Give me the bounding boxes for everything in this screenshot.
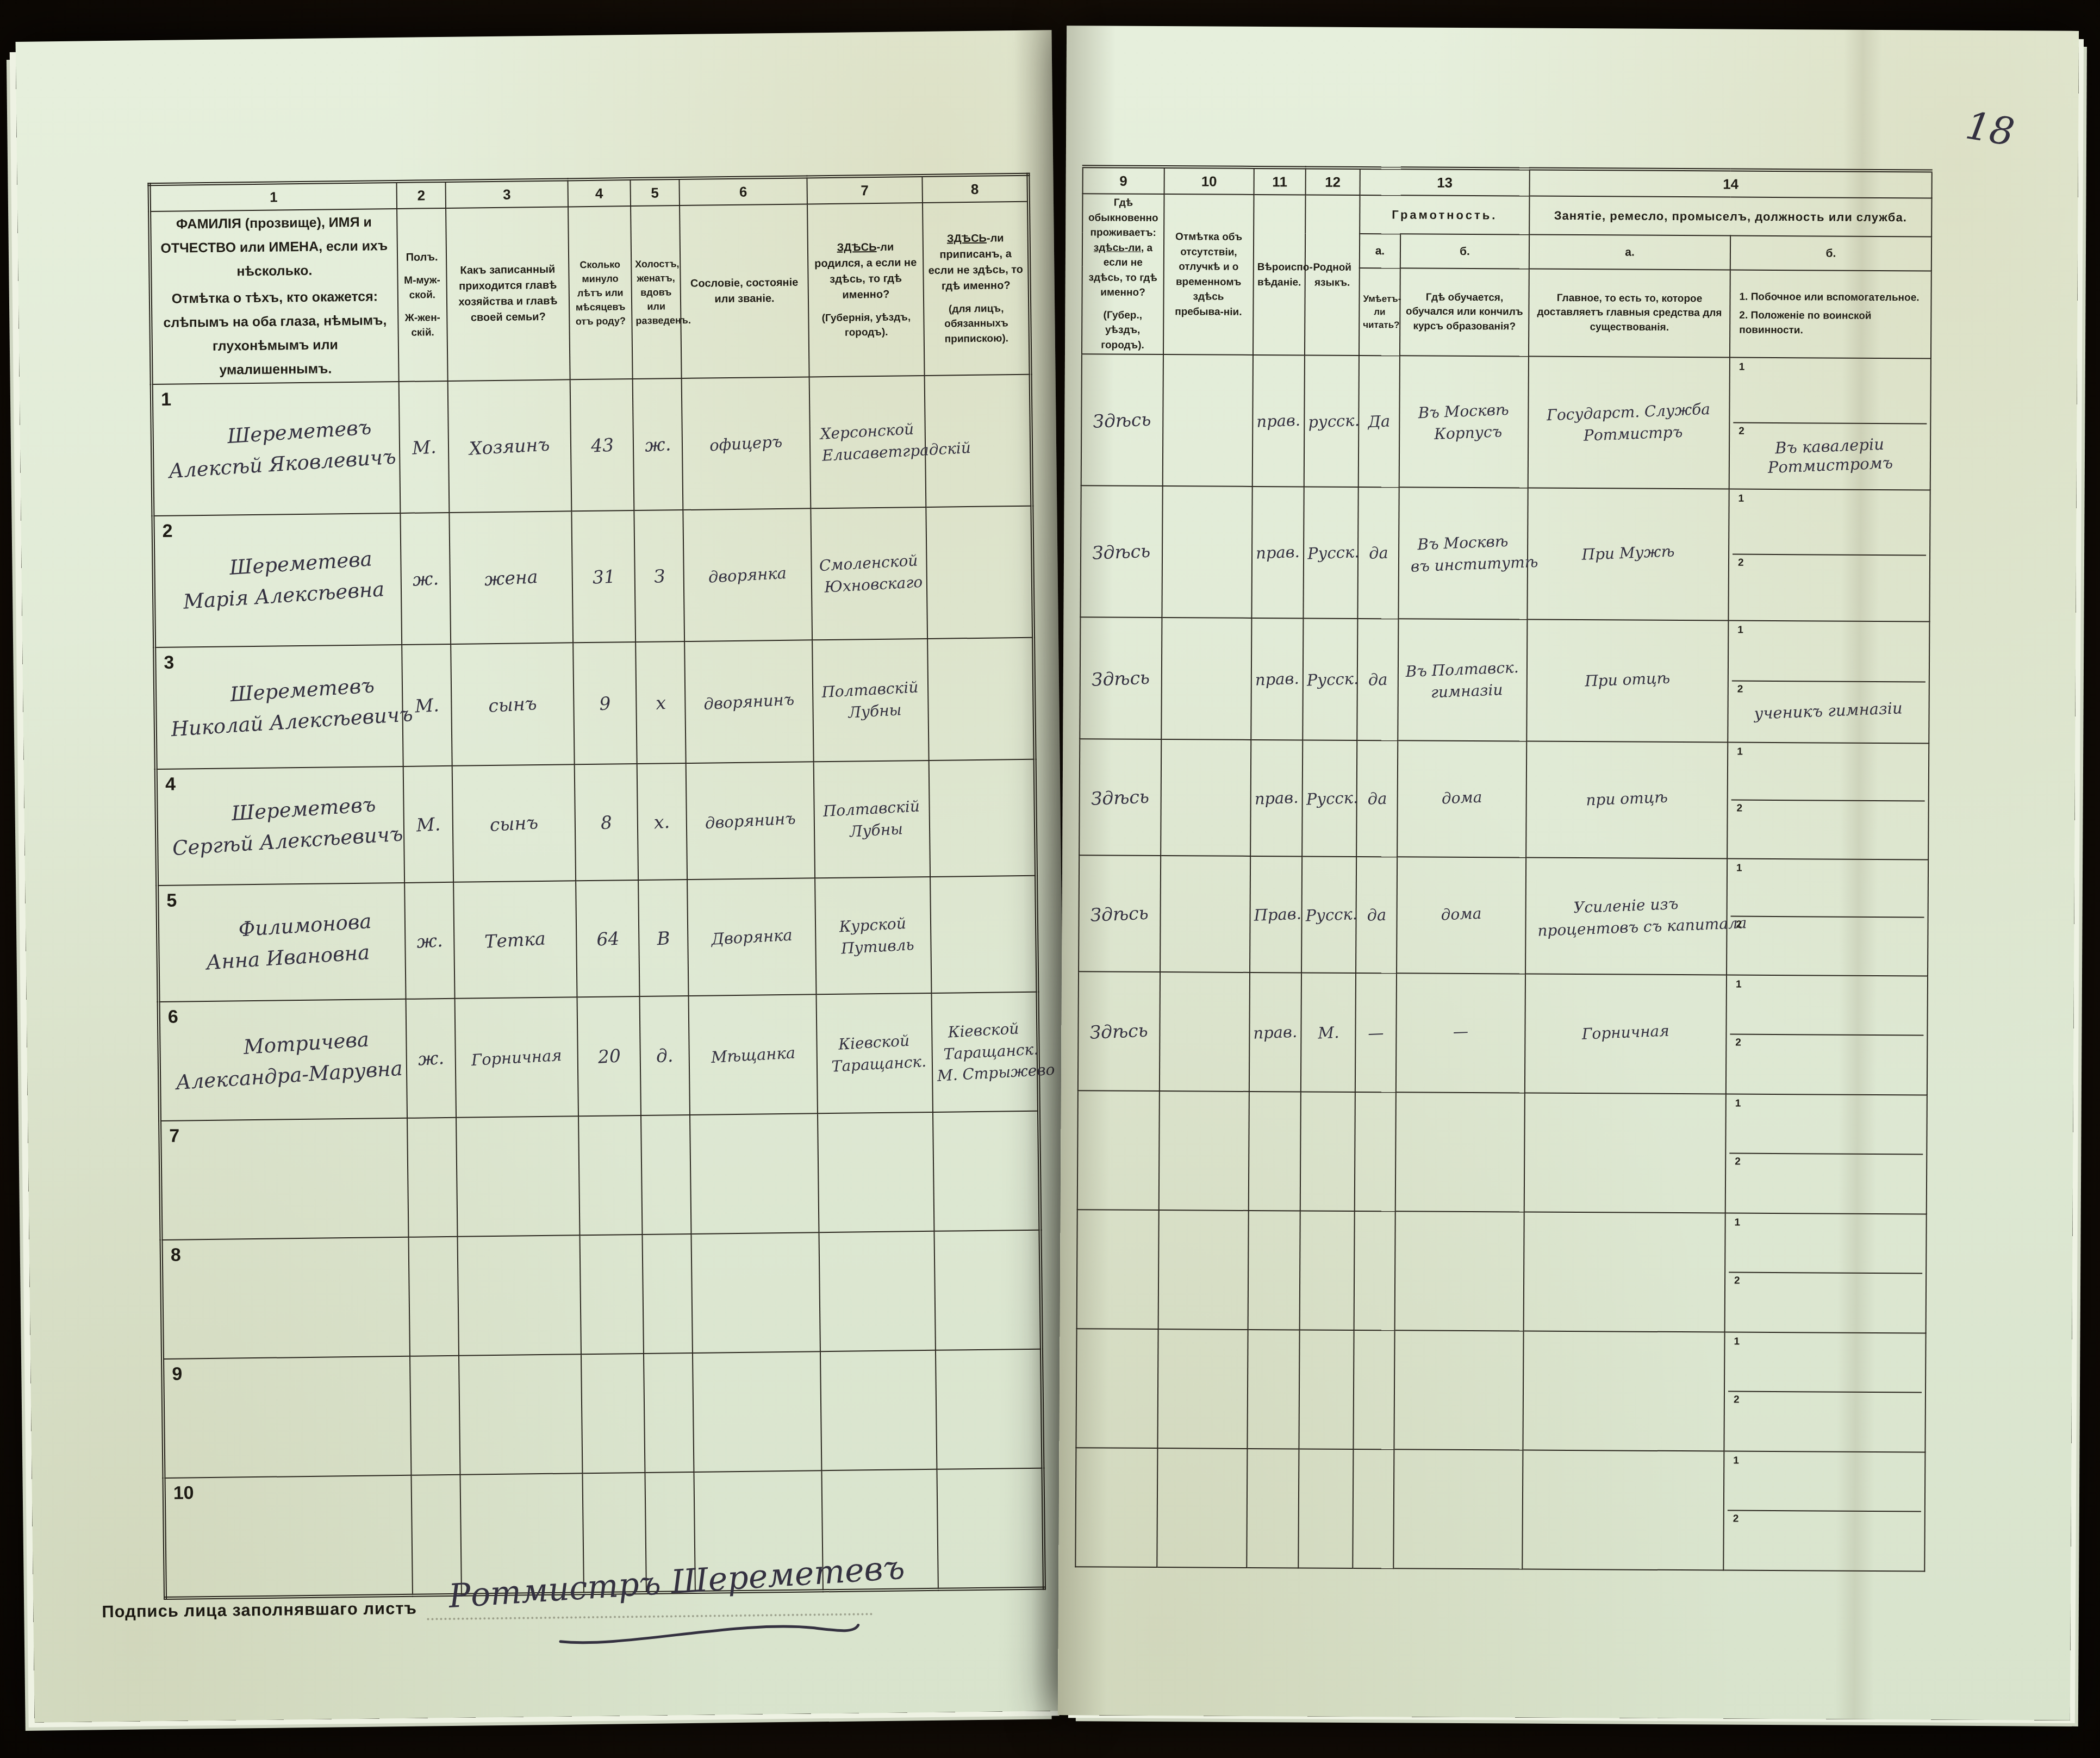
subcell-2-num: 2 [1737,684,1743,696]
cell-age [579,1235,643,1354]
cell-relation: сынъ [451,643,575,766]
col-11-header: Вѣроиспо-вѣданіе. [1253,195,1306,356]
cell-occupation-secondary: 1 2 [1727,859,1928,976]
cell-literacy-b: Въ МосквѣКорпусъ [1399,356,1529,488]
subcell-2-num: 2 [1738,557,1744,569]
col-12-header: Родной языкъ. [1305,195,1360,356]
row-number: 9 [172,1364,182,1385]
cell-faith [1249,1092,1301,1211]
cell-marital [642,1234,692,1354]
col-1-header-line2: Отмѣтка о тѣхъ, кто окажется: слѣпымъ на… [155,285,395,383]
subcell-2: 2 [1730,917,1924,975]
col-5-num: 5 [630,178,680,206]
cell-relation: Тетка [453,881,577,999]
cell-name: 8 [161,1237,410,1359]
col-13b-label: б. [1400,234,1529,269]
cell-literacy-b [1395,1093,1525,1212]
col-12-num: 12 [1306,167,1360,195]
cell-faith: Прав. [1250,856,1302,972]
cell-literacy-a [1353,1449,1394,1568]
cell-occupation-secondary: 1 2 [1725,1213,1927,1333]
cell-occupation-main [1522,1450,1724,1570]
table-row: 1 ШереметевъАлексѣй Яковлевичъ М. Хозяин… [152,375,1032,516]
col-7-num: 7 [807,176,923,204]
cell-faith [1247,1330,1299,1449]
subcell-2: 2 [1727,1511,1921,1570]
subcell-2: 2 [1728,1392,1922,1451]
col-13-num: 13 [1360,168,1530,196]
cell-estate: офицеръ [682,377,811,510]
subcell-1: 1 [1728,1453,1922,1512]
subcell-2-num: 2 [1735,1037,1741,1049]
col-8-note: (для лицъ, обязанныхъ припискою). [927,301,1025,347]
cell-relation: жена [449,512,573,645]
col-14-num: 14 [1530,169,1932,198]
signature-line: Ротмистръ Шереметевъ [426,1575,873,1620]
cell-age: 31 [571,510,635,643]
col-2-header: Полъ. М-муж-ской. Ж-жен-скій. [397,208,448,382]
cell-sex: ж. [406,999,456,1118]
col-3-header: Какъ записанный приходится главѣ хозяйст… [446,207,570,381]
cell-marital: д. [640,996,690,1115]
cell-literacy-a [1353,1330,1394,1449]
cell-relation: Хозяинъ [448,380,572,513]
col-13b-header: Гдѣ обучается, обучался или кончилъ курс… [1400,268,1529,357]
table-row: Здѣсь Прав. Русск. да дома Усиленіе изъп… [1079,856,1928,976]
cell-literacy-b: Въ Полтавск.гимназіи [1398,619,1527,741]
cell-absence [1157,1449,1247,1568]
occupation-group-title: Занятіе, ремесло, промыселъ, должность и… [1529,196,1931,237]
cell-residence [1076,1329,1158,1449]
cell-estate: дворянинъ [684,640,814,764]
table-row: 1 2 [1077,1091,1927,1214]
subcell-1: 1 [1730,977,1924,1036]
literacy-group-title: Грамотность. [1360,195,1529,235]
cell-birthplace [819,1231,935,1351]
cell-estate [691,1233,820,1354]
cell-residence: Здѣсь [1080,486,1162,618]
table-row: 6 МотричеваАлександра-Марувна ж. Горничн… [159,992,1039,1121]
row-number: 8 [171,1245,181,1266]
col-14b-header: 1. Побочное или вспомогательное. 2. Поло… [1730,270,1931,359]
cell-sex: М. [403,766,453,883]
table-row: 5 ФилимоноваАнна Ивановна ж. Тетка 64 В … [157,876,1037,1002]
cell-literacy-b [1393,1450,1523,1569]
col-3-num: 3 [445,179,568,208]
cell-relation: Горничная [455,998,578,1118]
cell-relation: сынъ [452,765,576,883]
table-row: 2 ШереметеваМарія Алексѣевна ж. жена 31 … [153,506,1033,647]
cell-residence: Здѣсь [1079,739,1161,856]
cell-language: Русск. [1303,619,1357,741]
cell-marital [641,1115,691,1235]
table-row: 7 [160,1111,1040,1240]
cell-birthplace [820,1350,937,1470]
cell-estate: Мѣщанка [689,995,818,1115]
cell-birthplace: ПолтавскійЛубны [812,639,929,762]
col-9-here-word: здѣсь-ли [1094,242,1141,253]
col-14b-label: б. [1730,236,1931,271]
cell-registration [929,759,1036,877]
cell-language [1300,1211,1355,1331]
col-11-num: 11 [1254,167,1306,195]
cell-registration [933,1111,1040,1231]
cell-marital: З [634,510,684,642]
cell-language: М. [1301,973,1356,1093]
cell-absence [1160,856,1250,973]
handwritten-name: ШереметевъАлексѣй Яковлевичъ [155,414,397,484]
column-number-row: 9 10 11 12 13 14 [1083,166,1932,198]
cell-birthplace: КурскойПутивль [815,877,931,994]
subcell-2: 2 [1729,1273,1923,1332]
handwritten-name: ШереметеваМарія Алексѣевна [157,546,398,615]
subcell-2-num: 2 [1737,803,1743,815]
signature-block: Подпись лица заполнявшаго листъ Ротмистр… [102,1574,950,1627]
cell-literacy-b [1394,1331,1523,1450]
cell-estate: дворянинъ [686,762,815,880]
subcell-2: 2 [1729,1154,1923,1213]
cell-estate: Дворянка [687,878,816,996]
subcell-2: 2 ученикъ гимназіи [1731,682,1925,742]
cell-faith: прав. [1250,740,1303,856]
cell-literacy-b: — [1396,974,1525,1093]
table-row: Здѣсь прав. русск. Да Въ МосквѣКорпусъ Г… [1081,354,1931,490]
cell-occupation-secondary: 1 2 [1723,1451,1925,1572]
cell-marital: х [635,641,686,764]
cell-residence: Здѣсь [1079,856,1161,972]
col-7-here-word: ЗДѢСЬ [837,241,876,254]
cell-language: русск. [1304,356,1359,488]
cell-name: 7 [160,1118,408,1240]
cell-sex [407,1118,457,1237]
cell-faith: прав. [1251,487,1304,618]
cell-sex: ж. [400,513,451,645]
subcell-2-num: 2 [1736,919,1742,931]
row-number: 3 [164,652,174,674]
table-row: 9 [163,1349,1043,1478]
cell-marital [644,1353,694,1473]
signature-label: Подпись лица заполнявшаго листъ [102,1599,417,1622]
col-7-note: (Губернія, уѣздъ, городъ). [812,310,920,341]
cell-language: Русск. [1302,740,1357,857]
cell-age: 64 [576,880,639,997]
row-number: 4 [165,774,176,795]
cell-occupation-secondary: 1 2 [1725,1094,1927,1214]
cell-estate: дворянка [683,509,812,642]
cell-occupation-main: Горничная [1525,974,1727,1094]
col-9-num: 9 [1083,166,1164,194]
cell-sex [410,1356,460,1475]
cell-literacy-a: да [1356,740,1398,857]
cell-occupation-main: При Мужѣ [1527,488,1729,621]
cell-absence [1162,487,1252,619]
col-9-header: Гдѣ обыкновенно проживаетъ: здѣсь-ли, а … [1082,194,1164,354]
col-14b-header-1: 1. Побочное или вспомогательное. [1734,290,1927,305]
cell-name: 5 ФилимоноваАнна Ивановна [157,883,406,1002]
col-13a-header: Умѣетъ-ли читать? [1359,268,1400,356]
cell-language: Русск. [1303,487,1358,619]
col-10-header: Отмѣтка объ отсутствіи, отлучкѣ и о врем… [1163,194,1254,355]
cell-absence [1160,972,1250,1092]
table-row: 1 2 [1077,1210,1927,1333]
subcell-2-num: 2 [1734,1394,1740,1406]
cell-occupation-secondary: 1 2 ученикъ гимназіи [1728,621,1929,744]
row-number: 10 [173,1483,194,1504]
cell-name: 10 [164,1475,413,1598]
subcell-1: 1 [1729,1215,1923,1274]
cell-occupation-secondary: 1 2 [1724,1332,1925,1452]
cell-registration [926,506,1033,639]
col-14a-label: а. [1529,235,1730,270]
cell-birthplace: ХерсонскойЕлисаветградскій [809,376,926,508]
cell-registration [934,1230,1041,1350]
cell-occupation-secondary: 1 2 [1728,489,1930,622]
cell-literacy-a: да [1357,487,1399,619]
subcell-1-num: 1 [1733,1455,1739,1467]
cell-occupation-main: при отцѣ [1526,741,1728,859]
cell-literacy-b [1395,1212,1524,1331]
handwritten-name: ФилимоноваАнна Ивановна [161,908,403,977]
cell-name: 4 ШереметевъСергѣй Алексѣевичъ [156,766,404,886]
row-number: 2 [163,521,173,542]
subcell-1-num: 1 [1737,625,1743,637]
handwritten-name: ШереметевъНиколай Алексѣевичъ [159,672,400,742]
cell-literacy-b: дома [1397,741,1526,858]
col-6-header: Сословіе, состояніе или званіе. [680,204,809,378]
col-14b-header-2: 2. Положеніе по воинской повинности. [1734,309,1927,339]
folio-number: 18 [1962,103,2017,154]
subcell-2-num: 2 [1738,426,1744,438]
cell-age [578,1115,642,1235]
handwritten-name: ШереметевъСергѣй Алексѣевичъ [160,791,401,861]
cell-absence [1161,740,1251,857]
cell-residence [1077,1091,1160,1211]
subcell-1: 1 [1731,744,1925,802]
cell-relation [456,1117,579,1237]
left-page: 1 2 3 4 5 6 7 8 ФАМИЛІЯ (прозвище), ИМЯ … [16,30,1071,1722]
col-8-header: ЗДѢСЬ-ли приписанъ, а если не здѣсь, то … [923,202,1031,376]
cell-literacy-a: да [1356,857,1397,973]
cell-occupation-main [1523,1331,1724,1451]
row-number: 7 [169,1126,179,1147]
cell-name: 3 ШереметевъНиколай Алексѣевичъ [154,645,403,769]
cell-occupation-secondary: 1 2 Въ кавалеріиРотмистромъ [1729,358,1931,490]
cell-literacy-a [1354,1211,1395,1330]
handwritten-name: МотричеваАлександра-Марувна [163,1025,404,1095]
cell-residence: Здѣсь [1080,618,1162,740]
col-6-num: 6 [679,177,807,205]
col-1-num: 1 [149,182,397,211]
cell-occupation-main: Усиленіе изъпроцентовъ съ капитала [1525,858,1727,975]
cell-language [1299,1330,1354,1450]
census-table-left: 1 2 3 4 5 6 7 8 ФАМИЛІЯ (прозвище), ИМЯ … [147,173,1045,1600]
cell-residence [1075,1448,1157,1568]
cell-name: 1 ШереметевъАлексѣй Яковлевичъ [152,382,401,516]
column-header-row: ФАМИЛІЯ (прозвище), ИМЯ и ОТЧЕСТВО или И… [149,202,1031,385]
cell-marital: ж. [633,378,683,510]
subcell-1: 1 [1729,1096,1923,1155]
cell-age: 9 [573,642,637,764]
subcell-2: 2 [1732,555,1926,620]
subcell-2-num: 2 [1733,1513,1739,1525]
cell-literacy-a [1355,1092,1396,1211]
cell-residence: Здѣсь [1081,354,1163,487]
table-row: 1 2 [1076,1329,1925,1452]
cell-absence [1163,355,1253,487]
table-row: 1 2 [1075,1448,1925,1572]
table-row: Здѣсь прав. Русск. да Въ Москвѣвъ инстит… [1080,486,1930,622]
col-9-note: (Губер., уѣздъ, городъ). [1086,308,1160,353]
cell-registration [925,375,1032,507]
cell-occupation-main [1524,1093,1726,1213]
cell-literacy-a: — [1355,973,1397,1092]
cell-name: 9 [163,1356,411,1478]
subcell-2-num: 2 [1735,1156,1741,1168]
cell-language [1298,1449,1353,1569]
subcell-2: 2 [1730,1035,1924,1094]
cell-registration: КіевскойТаращанск.М. Стрыжево [931,992,1038,1112]
subcell-1-num: 1 [1738,493,1744,505]
row-number: 5 [166,890,177,912]
cell-marital: х. [637,763,687,880]
cell-faith: прав. [1252,355,1305,487]
cell-residence: Здѣсь [1078,972,1160,1092]
cell-birthplace: СмоленскойЮхновскаго [811,507,927,640]
census-scan: { "folio_number": "18", "labels": {"sub1… [0,0,2100,1758]
table-row: 4 ШереметевъСергѣй Алексѣевичъ М. сынъ 8… [156,759,1036,886]
cell-occupation-secondary: 1 2 [1727,743,1929,860]
col-9-pre: Гдѣ обыкновенно проживаетъ: [1088,197,1158,239]
cell-age: 43 [570,379,634,511]
census-table-right: 9 10 11 12 13 14 Гдѣ обыкновенно прожива… [1075,165,1933,1572]
cell-faith: прав. [1251,618,1303,740]
subcell-1-num: 1 [1739,361,1745,373]
subcell-1: 1 [1733,359,1927,425]
table-row: Здѣсь прав. Русск. да дома при отцѣ 1 2 [1079,739,1929,860]
subcell-1: 1 [1731,861,1925,918]
cell-sex [409,1237,459,1356]
cell-absence [1161,618,1251,740]
subcell-1-num: 1 [1734,1336,1740,1348]
cell-birthplace: ПолтавскійЛубны [814,760,930,878]
cell-age: 20 [577,996,641,1116]
cell-language [1300,1092,1355,1212]
cell-language: Русск. [1301,857,1356,974]
cell-occupation-main: При отцѣ [1526,620,1728,743]
cell-faith [1247,1449,1299,1568]
col-2-header-male: М-муж-ской. [401,273,443,303]
subcell-2: 2 Въ кавалеріиРотмистромъ [1733,423,1927,489]
col-2-num: 2 [396,181,446,209]
cell-marital: В [638,880,688,996]
cell-name: 6 МотричеваАлександра-Марувна [159,999,407,1121]
cell-absence [1159,1092,1249,1211]
subcell-1-num: 1 [1735,1217,1741,1229]
subcell-1-num: 1 [1736,863,1742,875]
subcell-1: 1 [1732,622,1926,683]
cell-absence [1157,1330,1248,1449]
cell-occupation-main: Государст. СлужбаРотмистръ [1528,357,1730,489]
col-2-header-title: Полъ. [406,251,438,264]
cell-sex: М. [399,381,450,513]
col-14a-header: Главное, то есть то, которое доставляетъ… [1529,269,1730,358]
row-number: 6 [168,1007,178,1028]
col-1-header: ФАМИЛІЯ (прозвище), ИМЯ и ОТЧЕСТВО или И… [149,209,399,384]
col-4-num: 4 [568,179,631,207]
group-header-row: Гдѣ обыкновенно проживаетъ: здѣсь-ли, а … [1082,194,1931,236]
cell-relation [458,1236,581,1356]
subcell-2-num: 2 [1734,1275,1740,1287]
col-10-num: 10 [1164,167,1254,195]
col-7-header: ЗДѢСЬ-ли родился, а если не здѣсь, то гд… [807,203,925,377]
col-4-header: Сколько минуло лѣтъ или мѣсяцевъ отъ род… [568,206,633,380]
signature-flourish [557,1617,862,1648]
cell-registration [927,638,1035,760]
cell-faith: прав. [1249,972,1301,1092]
cell-estate [690,1114,819,1235]
cell-faith [1248,1211,1300,1330]
subcell-2: 2 [1731,801,1925,858]
subcell-1-num: 1 [1737,746,1743,758]
col-5-header: Холостъ, женатъ, вдовъ или разведенъ. [631,205,682,379]
subcell-1: 1 [1728,1334,1922,1393]
col-2-header-female: Ж-жен-скій. [402,310,444,341]
row-number: 1 [161,389,171,410]
cell-literacy-b: дома [1397,857,1526,974]
col-1-header-line1: ФАМИЛІЯ (прозвище), ИМЯ и ОТЧЕСТВО или И… [160,214,388,278]
cell-sex: ж. [404,882,454,999]
cell-occupation-secondary: 1 2 [1726,975,1928,1095]
subcell-1-num: 1 [1735,1098,1741,1110]
cell-absence [1158,1211,1249,1330]
col-8-num: 8 [922,174,1029,203]
subcell-1-num: 1 [1736,979,1742,991]
cell-residence [1077,1210,1159,1330]
table-row: 8 [161,1230,1042,1359]
cell-birthplace: КіевскойТаращанск. [817,993,933,1113]
cell-registration [930,876,1037,993]
cell-literacy-b: Въ Москвѣвъ институтѣ [1398,488,1528,620]
cell-age [581,1354,645,1473]
cell-literacy-a: Да [1359,356,1400,487]
cell-relation [459,1355,582,1475]
cell-literacy-a: да [1357,619,1398,740]
cell-name: 2 ШереметеваМарія Алексѣевна [153,513,402,647]
cell-occupation-main [1524,1212,1725,1332]
table-row: Здѣсь прав. Русск. да Въ Полтавск.гимназ… [1080,618,1929,744]
col-8-here-word: ЗДѢСЬ [947,232,987,245]
cell-registration [936,1349,1043,1469]
cell-estate [693,1352,821,1473]
subcell-1: 1 [1733,491,1927,556]
table-row: 3 ШереметевъНиколай Алексѣевичъ М. сынъ … [154,638,1035,769]
cell-birthplace [818,1112,934,1232]
cell-age: 8 [575,764,638,881]
col-13a-label: а. [1360,234,1400,268]
cell-registration [937,1468,1044,1589]
table-row: Здѣсь прав. М. — — Горничная 1 2 [1078,972,1928,1095]
right-page: 18 9 10 11 12 13 14 Гдѣ обыкновенно прож… [1058,26,2079,1720]
